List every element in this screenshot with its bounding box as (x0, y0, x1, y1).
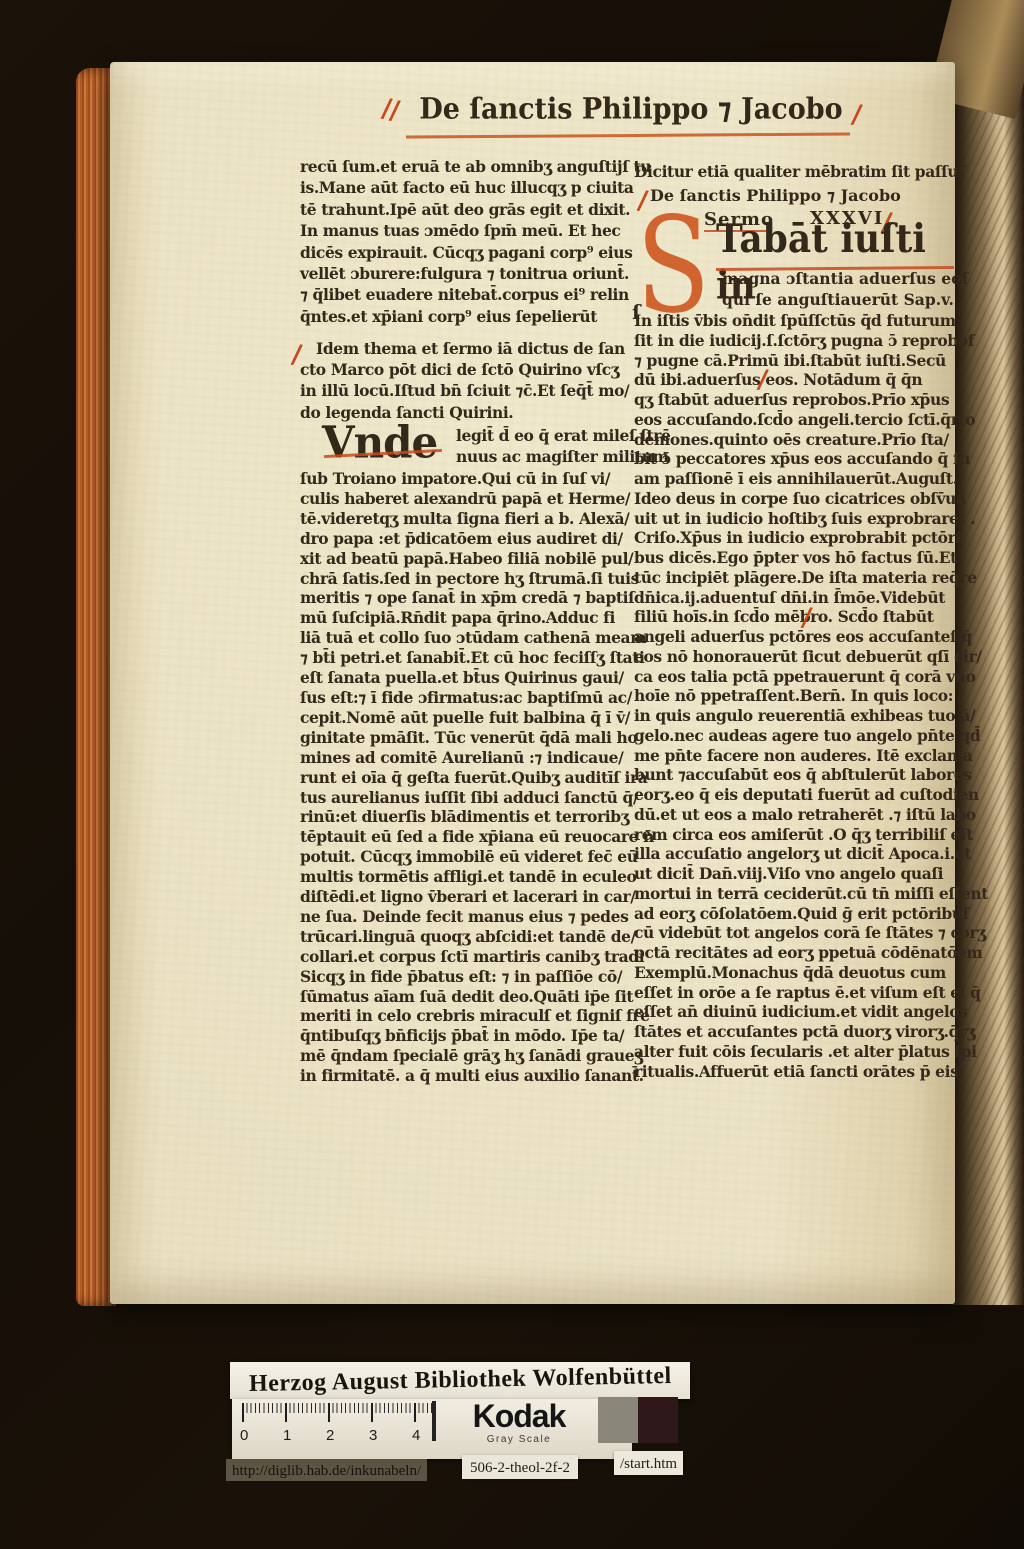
text-line: collari.et corpus ſctī martiris canibʒ t… (300, 947, 634, 967)
left-initial-word: Vnde (322, 417, 437, 468)
text-line: tūc incipiēt plāgere.De iſta materia req… (634, 568, 968, 588)
running-title: De ſanctis Philippo ⁊ Jacobo (396, 93, 866, 126)
text-line: Criſo.Xp̄us in iudicio exprobrabit pctōr… (634, 528, 968, 548)
text-line: eos nō honorauerūt ſicut debuerūt qſī ci… (634, 647, 968, 667)
text-line: recū ſum.et eruā te ab omnibʒ anguſtijſ … (300, 156, 634, 177)
text-line: mines ad comitē Aurelianū :⁊ indicaue/ (300, 748, 634, 768)
digitization-url: http://diglib.hab.de/inkunabeln/ (232, 1463, 421, 1479)
text-line: am paſſionē ī eis annihilauerūt.Auguſt. (634, 469, 968, 489)
ruler-number: 0 (240, 1427, 283, 1444)
text-line: mortui in terrā ceciderūt.cū tn̄ miſſi e… (634, 884, 968, 904)
right-column-intro: Dicitur etiā qualiter mēbratim ſit paſſu… (634, 162, 968, 182)
text-line: ſtātes et accuſantes pctā duorʒ virorʒ.q… (634, 1022, 968, 1042)
text-line: meriti in celo crebris miraculſ et ſigni… (300, 1006, 634, 1026)
left-column-rubric: Idem thema et ſermo iā dictus de ſancto … (300, 338, 634, 423)
ruler-end-bar (432, 1401, 436, 1441)
ruler-number: 1 (283, 1427, 326, 1444)
text-line: In manus tuas ɔmēdo ſpm̄ meū. Et hec (300, 220, 634, 241)
text-line: eorʒ.eo q̄ eis deputati fuerūt ad cuſtod… (634, 785, 968, 805)
text-line: tēptauit eū ſed a fide xp̄iana eū reuoca… (300, 827, 634, 847)
text-line: potuit. Cūcqʒ immobilē eū videret fec̄ e… (300, 847, 634, 867)
ruler-number: 3 (369, 1427, 412, 1444)
text-line: legit̄ d̄ eo q̄ erat mileſ ſtrē (456, 426, 636, 447)
text-line: Idem thema et ſermo iā dictus de ſan (300, 338, 634, 359)
text-line: rem circa eos amiſerūt .O q̄ʒ terribiliſ… (634, 825, 968, 845)
text-line: Dicitur etiā qualiter mēbratim ſit paſſu… (634, 162, 968, 182)
text-line: ⁊ pugne cā.Primū ibi.ſtabūt iuſti.Secū (634, 351, 968, 371)
text-line: illa accuſatio angelorʒ ut dicit̄ Apoca.… (634, 844, 968, 864)
text-line: demones.quinto oēs creature.Prīo ſta/ (634, 430, 968, 450)
text-line: bunt ⁊accuſabūt eos q̄ abſtulerūt labore… (634, 765, 968, 785)
kodak-wordmark: Kodak (444, 1399, 594, 1434)
text-line: uit ut in iudicio hoſtibʒ ſuis exprobrar… (634, 509, 968, 529)
left-column-body: ſub Troiano impatore.Qui cū in ſuſ vi/cu… (300, 469, 634, 1086)
text-line: rinū:et diuerſis blādimentis et terrorib… (300, 807, 634, 827)
text-line: mē q̄ndam ſpecialē grāʒ hʒ ſanādi graueʒ (300, 1046, 634, 1066)
text-line: runt ei oīa q̄ geſta fuerūt.Quibʒ auditī… (300, 768, 634, 788)
heading-sub-lines: magna ɔſtantia aduerſus eoſqui ſe anguſt… (722, 268, 1002, 310)
text-line: xit ad beatū papā.Habeo filiā nobilē pul… (300, 549, 634, 569)
text-line: me pn̄te facere non auderes. Itē exclama (634, 746, 968, 766)
text-line: cto Marco pōt dici de ſctō Quirino vſcʒ (300, 359, 634, 380)
text-line: q̄ntibuſqʒ bn̄ficijs p̄bat̄ in mōdo. Ip̄… (300, 1026, 634, 1046)
text-line: Sicqʒ in fide p̄batus eſt: ⁊ in paſſiōe … (300, 967, 634, 987)
text-line: alter fuit cōis ſecularis .et alter p̄la… (634, 1042, 968, 1062)
dark-patch (638, 1397, 678, 1443)
text-line: ne ſua. Deinde fecit manus eius ⁊ pedes (300, 907, 634, 927)
text-line: ginitate pmāſit. Tūc venerūt q̄dā mali h… (300, 728, 634, 748)
text-line: magna ɔſtantia aduerſus eoſ (722, 268, 1002, 289)
text-line: In iſtis v̄bis on̄dit ſpūſſctūs q̄d futu… (634, 311, 968, 331)
text-line: ⁊ bt̄i petri.et ſanabit̄.Et cū hoc feciſ… (300, 648, 634, 668)
text-line: cū videbūt tot angelos corā ſe ſtātes ⁊ … (634, 923, 968, 943)
text-line: hoīe nō ppetraſſent.Bern̄. In quis loco: (634, 686, 968, 706)
text-line: dicēs expirauit. Cūcqʒ pagani corp⁹ eius (300, 242, 634, 263)
shelfmark-box: 506-2-theol-2f-2 (462, 1455, 578, 1479)
text-line: meritis ⁊ ope ſanat̄ in xp̄m credā ⁊ bap… (300, 588, 634, 608)
text-line: ſūmatus aīam ſuā dedit deo.Quāti ip̄e ſi… (300, 987, 634, 1007)
start-file-box: /start.htm (614, 1451, 683, 1475)
text-line: bit ɔ̄ peccatores xp̄us eos accuſando q̄… (634, 449, 968, 469)
text-line: qui ſe anguſtiauerūt Sap.v. (722, 289, 1002, 310)
text-line: cepit.Nomē aūt puelle fuit balbina q̄ ī … (300, 708, 634, 728)
text-line: ſus eſt:⁊ ī fide ɔfirmatus:ac baptiſmū a… (300, 688, 634, 708)
text-line: multis tormētis affligi.et tandē in ecul… (300, 867, 634, 887)
text-line: ca eos talia pctā ppetrauerunt q̄ corā v… (634, 667, 968, 687)
text-line: trūcari.linguā quoqʒ abſcidi:et tandē de… (300, 927, 634, 947)
gray-scale-label: Gray Scale (444, 1434, 594, 1445)
gray-patch (598, 1397, 638, 1443)
text-line: gelo.nec audeas agere tuo angelo pn̄te q… (634, 726, 968, 746)
kodak-gray-scale: Kodak Gray Scale (444, 1399, 594, 1445)
institution-label: Herzog August Bibliothek Wolfenbüttel (230, 1362, 690, 1399)
text-line: Exemplū.Monachus q̄dā deuotus cum (634, 963, 968, 983)
text-line: in quis angulo reuerentiā exhibeas tuo ā… (634, 706, 968, 726)
text-line: eſſet in orōe a ſe raptus ē.et viſum eſt… (634, 983, 968, 1003)
right-column-body: In iſtis v̄bis on̄dit ſpūſſctūs q̄d futu… (634, 311, 968, 1081)
text-line: culis haberet alexandrū papā et Herme/ (300, 489, 634, 509)
text-line: dū.et ut eos a malo retraherēt .⁊ iſtū l… (634, 805, 968, 825)
start-file: /start.htm (620, 1456, 677, 1472)
text-line: q̄ntes.et xp̄iani corp⁹ eius ſepelierūt (300, 306, 634, 327)
text-line: nuus ac magiſter militum (456, 447, 636, 468)
text-line: vellēt ɔburere:fulgura ⁊ tonitrua oriunt… (300, 263, 634, 284)
text-line: tē trahunt.Ipē aūt deo grās egit et dixi… (300, 199, 634, 220)
text-line: bus dicēs.Ego p̄pter vos hō factus ſū.Et (634, 548, 968, 568)
scale-strip: 01234 Kodak Gray Scale (232, 1399, 632, 1459)
ruler-major-ticks (242, 1403, 434, 1422)
text-line: ſit in die iudicij.ſ.ſctōrʒ pugna ɔ̄ rep… (634, 331, 968, 351)
ruler-numbers: 01234 (240, 1427, 455, 1444)
institution-name: Herzog August Bibliothek Wolfenbüttel (248, 1363, 671, 1398)
text-line: ad eorʒ cōſolatōem.Quid ḡ erit pctōribuſ (634, 904, 968, 924)
left-column-block1: recū ſum.et eruā te ab omnibʒ anguſtijſ … (300, 156, 634, 327)
text-line: qʒ ſtabūt aduerſus reprobos.Prīo xp̄us (634, 390, 968, 410)
text-line: eos accuſando.ſcd̄o angeli.tercio ſctī.q… (634, 410, 968, 430)
running-title-red-underline (406, 132, 850, 138)
digitization-url-box: http://diglib.hab.de/inkunabeln/ (226, 1459, 427, 1481)
text-line: eſſet an̄ diuinū iudicium.et vidit angel… (634, 1002, 968, 1022)
text-line: dn̄ica.ij.aduentuſ dn̄i.in ſ̄mōe.Videbūt (634, 588, 968, 608)
text-line: eſt ſanata puella.et bt̄us Quirinus gaui… (300, 668, 634, 688)
text-line: tus aurelianus iuſſit ſibi adduci ſanctū… (300, 788, 634, 808)
text-line: mū ſuſcipiā.Rn̄dit papa q̄rino.Adduc fi (300, 608, 634, 628)
text-line: ritualis.Affuerūt etiā ſancti orātes p̄ … (634, 1062, 968, 1082)
text-line: diſtēdi.et ligno v̄berari et lacerari in… (300, 887, 634, 907)
text-line: ⁊ q̄libet euadere nitebat̄.corpus ei⁹ re… (300, 284, 634, 305)
centimeter-ruler: 01234 (240, 1403, 440, 1453)
text-line: in firmitatē. a q̄ multi eius auxilio ſa… (300, 1066, 634, 1086)
text-line: is.Mane aūt facto eū huc illucqʒ p ciuit… (300, 177, 634, 198)
text-line: dro papa :et p̄dicatōem eius audiret di/ (300, 529, 634, 549)
text-line: pctā recitātes ad eorʒ ppetuā cōdēnatōem (634, 943, 968, 963)
text-line: dū ibi.aduerſus eos. Notādum q̄ q̄n (634, 370, 968, 390)
text-line: in illū locū.Iſtud bn̄ ſciuit ⁊c̄.Et ſeq… (300, 380, 634, 401)
photograph-stage: De ſanctis Philippo ⁊ Jacobo / / / recū … (0, 0, 1024, 1549)
shelfmark: 506-2-theol-2f-2 (470, 1460, 570, 1476)
text-line: ſub Troiano impatore.Qui cū in ſuſ vi/ (300, 469, 634, 489)
left-initial-wrap-lines: legit̄ d̄ eo q̄ erat mileſ ſtrēnuus ac m… (456, 426, 636, 467)
text-line: ut dicit̄ Dan̄.viij.Viſo vno angelo quaſ… (634, 864, 968, 884)
text-line: liā tuā et collo ſuo ɔtūdam cathenā meam (300, 628, 634, 648)
text-line: tē.videretqʒ multa ſigna fieri a b. Alex… (300, 509, 634, 529)
text-line: chrā ſatis.ſed in pectore hʒ ſtrumā.ſi t… (300, 569, 634, 589)
ruler-number: 2 (326, 1427, 369, 1444)
text-line: Ideo deus in corpe ſuo cicatrices obſv̄u… (634, 489, 968, 509)
book-page: De ſanctis Philippo ⁊ Jacobo / / / recū … (110, 62, 955, 1304)
label-bottom-row: http://diglib.hab.de/inkunabeln/ 506-2-t… (226, 1455, 692, 1483)
